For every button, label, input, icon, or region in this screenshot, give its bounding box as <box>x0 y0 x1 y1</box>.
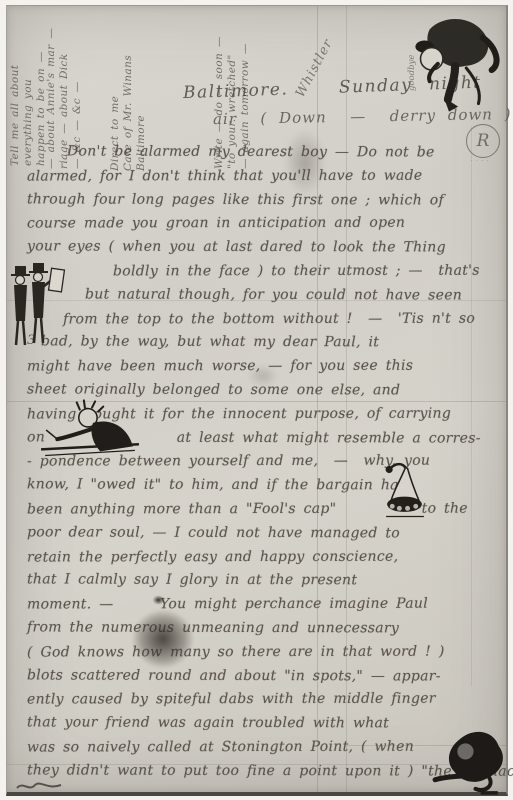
letter-line: through four long pages like this first … <box>27 188 499 213</box>
letter-line: from the top to the bottom without ! — '… <box>63 307 499 332</box>
letter-line: boldly in the face ) to their utmost ; —… <box>113 260 499 285</box>
letter-line: Don't be alarmed my dearest boy — Do not… <box>67 140 499 165</box>
margin-note-line: Tell me all about <box>9 16 22 166</box>
writing-man-sketch <box>39 399 141 461</box>
letter-body: Don't be alarmed my dearest boy — Do not… <box>27 141 499 784</box>
letter-line: alarmed, for I don't think that you'll h… <box>27 164 499 189</box>
letter-line: ( God knows how many so there are in tha… <box>27 640 499 665</box>
letter-line: been anything more than a "Fool's cap" t… <box>27 497 499 522</box>
letter-photograph: Tell me all about everything you happen … <box>6 5 508 796</box>
fools-cap-sketch <box>382 461 428 523</box>
letter-line: might have been much worse, — for you se… <box>27 355 499 380</box>
letter-line: blots scattered round and about "in spot… <box>27 664 499 689</box>
letter-line: poor dear soul, — I could not have manag… <box>27 521 499 546</box>
letter-line: know, I "owed it" to him, and if the bar… <box>27 474 499 499</box>
toothache-figure-sketch <box>427 721 513 797</box>
letter-line: retain the perfectly easy and happy cons… <box>27 545 499 570</box>
letter-line: that I calmly say I glory in at the pres… <box>27 569 499 594</box>
letter-line: from the numerous unmeaning and unnecess… <box>27 616 499 641</box>
letter-line: moment. — You might perchance imagine Pa… <box>27 593 499 618</box>
pencil-squiggle <box>15 779 69 795</box>
two-men-reading-sketch <box>7 263 69 361</box>
letter-line: course made you groan in anticipation an… <box>27 212 499 237</box>
letter-line: your eyes ( when you at last dared to lo… <box>27 236 499 261</box>
letter-line: but natural though, for you could not ha… <box>85 283 499 308</box>
letter-line: bad, by the way, but what my dear Paul, … <box>41 331 499 356</box>
letter-line: ently caused by spiteful dabs with the m… <box>27 688 499 713</box>
bowing-man-sketch <box>399 9 501 131</box>
